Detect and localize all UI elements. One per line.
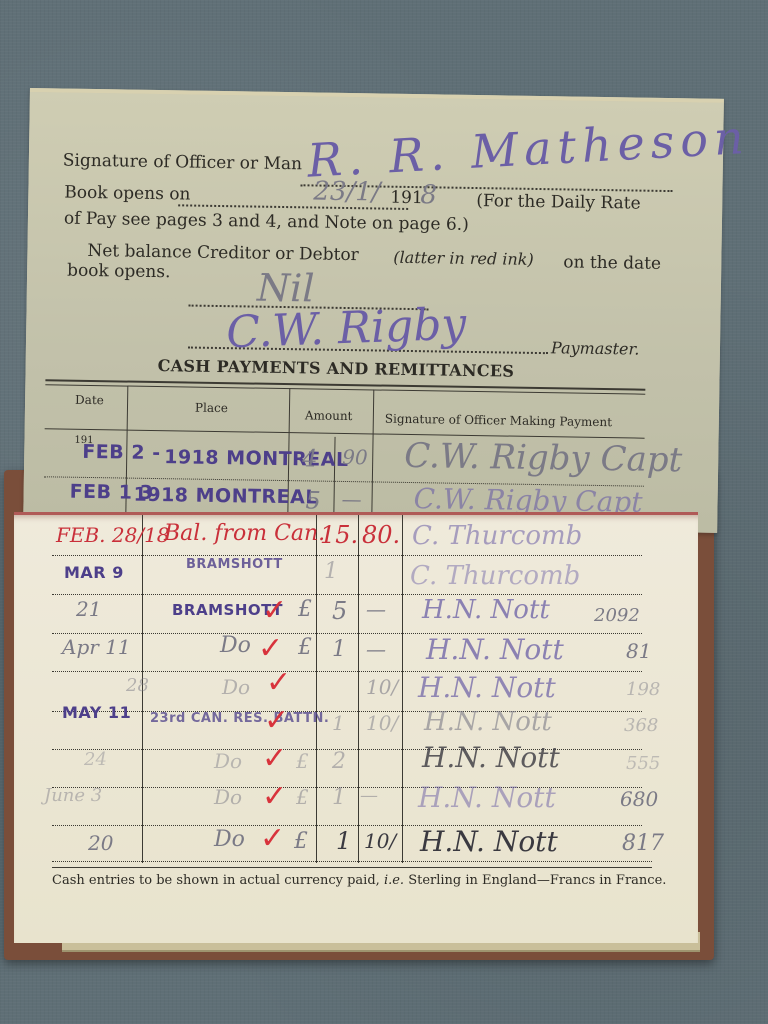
currency-symbol: £	[296, 785, 309, 809]
payment-date: Apr 11	[62, 635, 131, 659]
balance-amount-minor: 80.	[362, 521, 400, 549]
red-check-icon: ✓	[260, 821, 285, 856]
balance-place: Bal. from Can.	[164, 521, 325, 546]
currency-symbol: £	[296, 749, 309, 773]
soldier-signature: R. R. Matheson	[306, 110, 751, 188]
payment-date: 24	[84, 749, 107, 770]
currency-symbol: £	[298, 635, 312, 660]
signature-label: Signature of Officer or Man	[63, 151, 302, 175]
officer-signature: H.N. Nott	[422, 741, 560, 774]
payment-amount: 1	[332, 637, 346, 662]
payment-amount: 1	[324, 559, 338, 584]
net-balance-red-ink-note: (latter in red ink)	[393, 248, 534, 269]
payment-place: Do	[222, 675, 250, 699]
payment-amount: 5	[332, 597, 347, 625]
payment-date: 20	[88, 831, 113, 855]
payment-place: Do	[214, 827, 245, 852]
payment-amount-minor: —	[366, 637, 386, 661]
net-balance-label-2: on the date	[563, 252, 661, 274]
receipt-number: 198	[626, 679, 660, 700]
red-check-icon: ✓	[262, 741, 287, 776]
officer-signature: H.N. Nott	[424, 707, 552, 737]
row-dotline	[52, 594, 642, 595]
payment-amount-minor: 90	[342, 445, 368, 469]
col-header-date: Date	[75, 393, 104, 407]
book-opens-date: 23/1/	[313, 176, 381, 207]
col-header-signature: Signature of Officer Making Payment	[385, 412, 612, 430]
paymaster-signature: C.W. Rigby	[225, 299, 467, 359]
payment-officer-signature: C.W. Rigby Capt	[404, 436, 683, 480]
payment-date: 28	[126, 675, 149, 696]
payment-amount-minor: —	[360, 785, 378, 806]
col-divider	[402, 515, 403, 863]
red-check-icon: ✓	[258, 631, 283, 666]
payment-date: June 3	[44, 785, 102, 806]
payment-amount: 1	[332, 785, 346, 810]
col-divider	[371, 389, 374, 529]
payment-amount: 2	[332, 749, 346, 774]
balance-date: FEB. 28/18	[56, 523, 170, 547]
paymaster-label: Paymaster.	[551, 338, 640, 358]
receipt-number: 680	[620, 787, 658, 811]
officer-signature: H.N. Nott	[418, 781, 556, 814]
payment-amount: 1	[336, 827, 351, 855]
currency-symbol: £	[298, 597, 312, 622]
payment-place: Do	[214, 749, 242, 773]
section-title: CASH PAYMENTS AND REMITTANCES	[158, 356, 515, 381]
header-bottom-rule	[45, 428, 645, 438]
receipt-number: 368	[624, 715, 658, 736]
officer-signature: C. Thurcomb	[410, 561, 580, 591]
payment-amount: 5	[305, 486, 321, 514]
officer-signature: H.N. Nott	[426, 633, 564, 666]
payment-date: FEB 2 -	[82, 441, 161, 464]
top-page: Signature of Officer or Man R. R. Mathes…	[23, 88, 724, 533]
payment-place: Do	[220, 633, 251, 658]
payment-amount-minor: —	[366, 597, 386, 621]
officer-signature: H.N. Nott	[420, 825, 558, 858]
net-balance-label-3: book opens.	[67, 261, 171, 283]
receipt-number: 81	[626, 639, 651, 663]
bottom-page: FEB. 28/18 Bal. from Can. 15. 80. C. Thu…	[14, 512, 698, 943]
table-bottom-rule	[52, 867, 652, 868]
row-dotline	[52, 861, 652, 862]
currency-symbol: £	[294, 829, 308, 854]
payment-amount-minor: 10/	[364, 829, 396, 853]
col-divider	[316, 515, 317, 863]
balance-amount: 15.	[320, 521, 358, 549]
payment-amount: 1	[332, 711, 345, 735]
book-opens-year-digit: 8	[420, 180, 437, 210]
footer-note-italic: i.e.	[384, 873, 404, 888]
officer-signature: H.N. Nott	[418, 671, 556, 704]
payment-amount: 4	[302, 444, 318, 472]
book-opens-label: Book opens on	[64, 183, 190, 205]
receipt-number: 817	[622, 831, 664, 856]
payment-place: 1918 MONTREAL	[133, 484, 318, 509]
payment-amount-minor: —	[341, 487, 361, 511]
payment-place: 23rd CAN. RES. BATTN.	[150, 711, 329, 726]
officer-signature: C. Thurcomb	[412, 521, 582, 551]
payment-date: MAY 11	[62, 703, 131, 722]
payment-date: 21	[76, 597, 101, 621]
receipt-number: 2092	[594, 605, 640, 626]
red-check-icon: ✓	[266, 665, 291, 700]
daily-rate-note: (For the Daily Rate	[476, 191, 641, 214]
payment-place: 1918 MONTREAL	[164, 446, 349, 471]
row-dotline	[52, 555, 642, 556]
footer-note-part-2: Sterling in England—Francs in France.	[408, 873, 666, 888]
red-check-icon: ✓	[262, 593, 287, 628]
payment-amount-minor: 10/	[366, 711, 398, 735]
row-dotline	[52, 711, 642, 712]
red-check-icon: ✓	[262, 779, 287, 814]
payment-place: BRAMSHOTT	[186, 557, 283, 572]
col-divider	[358, 515, 359, 863]
red-check-icon: ✓	[264, 703, 289, 738]
col-header-amount: Amount	[305, 408, 353, 423]
payment-date: MAR 9	[64, 563, 124, 582]
payment-place: Do	[214, 785, 242, 809]
footer-note-part-1: Cash entries to be shown in actual curre…	[52, 873, 380, 888]
col-header-place: Place	[195, 401, 228, 416]
daily-rate-note-2: of Pay see pages 3 and 4, and Note on pa…	[64, 209, 469, 235]
book-opens-year: 191	[390, 188, 423, 209]
payment-amount-minor: 10/	[366, 675, 398, 699]
receipt-number: 555	[626, 753, 660, 774]
footer-note: Cash entries to be shown in actual curre…	[52, 873, 666, 888]
officer-signature: H.N. Nott	[422, 595, 550, 625]
